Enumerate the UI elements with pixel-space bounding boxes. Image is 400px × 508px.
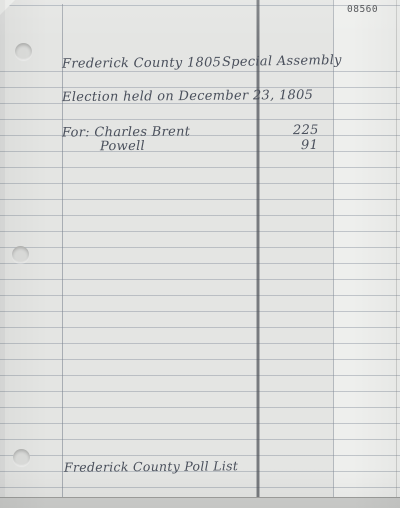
candidate-name: Powell xyxy=(100,139,145,154)
footer-caption: Frederick County Poll List xyxy=(64,458,238,475)
page-bottom-edge xyxy=(0,497,400,508)
punch-hole xyxy=(15,43,32,60)
page-left-edge xyxy=(0,0,5,497)
catalog-stamp: 08560 xyxy=(347,4,378,15)
top-rule-line xyxy=(0,5,400,6)
vote-count: 225 xyxy=(293,123,319,138)
punch-hole xyxy=(13,449,30,466)
left-margin-line xyxy=(62,4,63,497)
heading-assembly: Special Assembly xyxy=(222,53,342,70)
fold-crease-line xyxy=(256,0,260,497)
vote-count: 91 xyxy=(301,138,318,153)
right-edge-line xyxy=(396,0,397,497)
punch-hole xyxy=(12,246,29,263)
election-date-line: Election held on December 23, 1805 xyxy=(62,88,313,105)
ruled-lines xyxy=(0,56,400,497)
ledger-column-line xyxy=(333,0,334,497)
heading-county-year: Frederick County 1805 xyxy=(62,55,221,71)
scanned-page: 08560 Frederick County 1805 Special Asse… xyxy=(0,0,400,508)
